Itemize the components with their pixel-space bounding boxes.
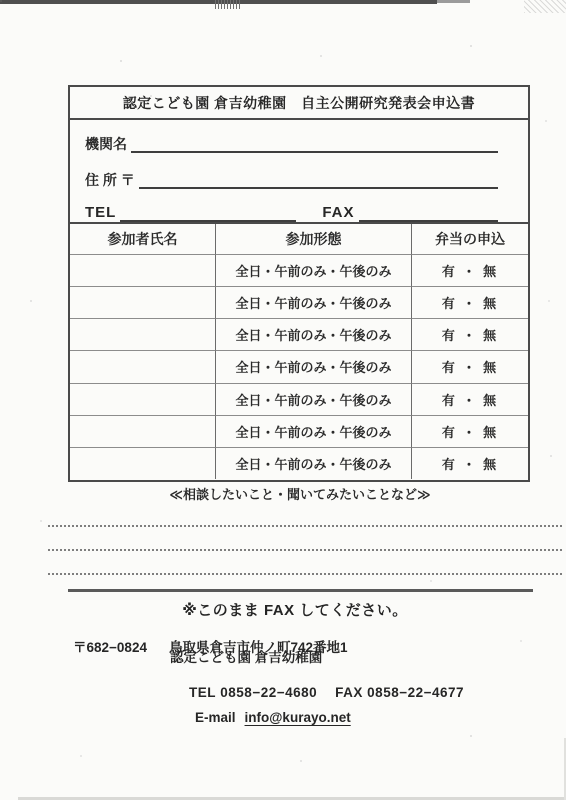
lunch-options-cell: 有 ・ 無	[411, 447, 528, 479]
contact-fax-number: 0858−22−4677	[367, 685, 464, 700]
scan-artifact-top-right	[524, 0, 566, 13]
form-fields: 機関名 住 所 〒 TEL FAX	[70, 120, 528, 224]
comment-dotted-line	[48, 549, 562, 551]
form-title: 認定こども園 倉吉幼稚園 自主公開研究発表会申込書	[123, 93, 475, 113]
consult-note: ≪相談したいこと・聞いてみたいことなど≫	[17, 484, 566, 503]
name-cell	[70, 383, 215, 415]
participation-options-cell: 全日・午前のみ・午後のみ	[215, 350, 411, 382]
address-blank-line	[139, 186, 498, 189]
lunch-options-cell: 有 ・ 無	[411, 318, 528, 350]
name-cell	[70, 254, 215, 286]
column-header-participation: 参加形態	[215, 224, 411, 254]
lunch-options-cell: 有 ・ 無	[411, 383, 528, 415]
application-form-frame: 認定こども園 倉吉幼稚園 自主公開研究発表会申込書 機関名 住 所 〒 TEL …	[68, 85, 530, 482]
comment-dotted-line	[48, 573, 562, 575]
column-header-lunch: 弁当の申込	[411, 224, 528, 254]
participants-table: 参加者氏名 参加形態 弁当の申込 全日・午前のみ・午後のみ 有 ・ 無 全日・午…	[70, 222, 528, 479]
scan-artifact-top-tail	[437, 0, 470, 3]
comment-dotted-line	[48, 525, 562, 527]
form-title-row: 認定こども園 倉吉幼稚園 自主公開研究発表会申込書	[70, 87, 528, 120]
participation-options-cell: 全日・午前のみ・午後のみ	[215, 415, 411, 447]
contact-org-name: 認定こども園 倉吉幼稚園	[170, 646, 322, 666]
column-header-name: 参加者氏名	[70, 224, 215, 254]
address-label: 住 所 〒	[85, 173, 135, 189]
email-address: info@kurayo.net	[245, 710, 351, 725]
tel-fax-field-row: TEL FAX	[85, 189, 498, 222]
lunch-options-cell: 有 ・ 無	[411, 286, 528, 318]
organization-field-row: 機関名	[85, 120, 498, 153]
organization-label: 機関名	[85, 137, 127, 153]
name-cell	[70, 415, 215, 447]
address-field-row: 住 所 〒	[85, 153, 498, 189]
fax-label: FAX	[322, 205, 354, 222]
email-label: E-mail	[195, 710, 236, 725]
tel-label: TEL	[85, 205, 116, 222]
lunch-options-cell: 有 ・ 無	[411, 254, 528, 286]
organization-blank-line	[131, 150, 498, 153]
name-cell	[70, 350, 215, 382]
participation-options-cell: 全日・午前のみ・午後のみ	[215, 383, 411, 415]
scan-noise	[0, 0, 2, 2]
name-cell	[70, 447, 215, 479]
participation-options-cell: 全日・午前のみ・午後のみ	[215, 318, 411, 350]
name-cell	[70, 286, 215, 318]
name-cell	[70, 318, 215, 350]
participation-options-cell: 全日・午前のみ・午後のみ	[215, 286, 411, 318]
lunch-options-cell: 有 ・ 無	[411, 415, 528, 447]
fax-instruction: ※このまま FAX してください。	[12, 599, 566, 620]
participation-options-cell: 全日・午前のみ・午後のみ	[215, 447, 411, 479]
postal-code: 〒682−0824	[73, 640, 147, 655]
bottom-divider-rule	[68, 589, 533, 592]
scan-artifact-hatch	[215, 0, 241, 9]
participation-options-cell: 全日・午前のみ・午後のみ	[215, 254, 411, 286]
contact-email-line: E-mailinfo@kurayo.net	[180, 695, 351, 740]
lunch-options-cell: 有 ・ 無	[411, 350, 528, 382]
